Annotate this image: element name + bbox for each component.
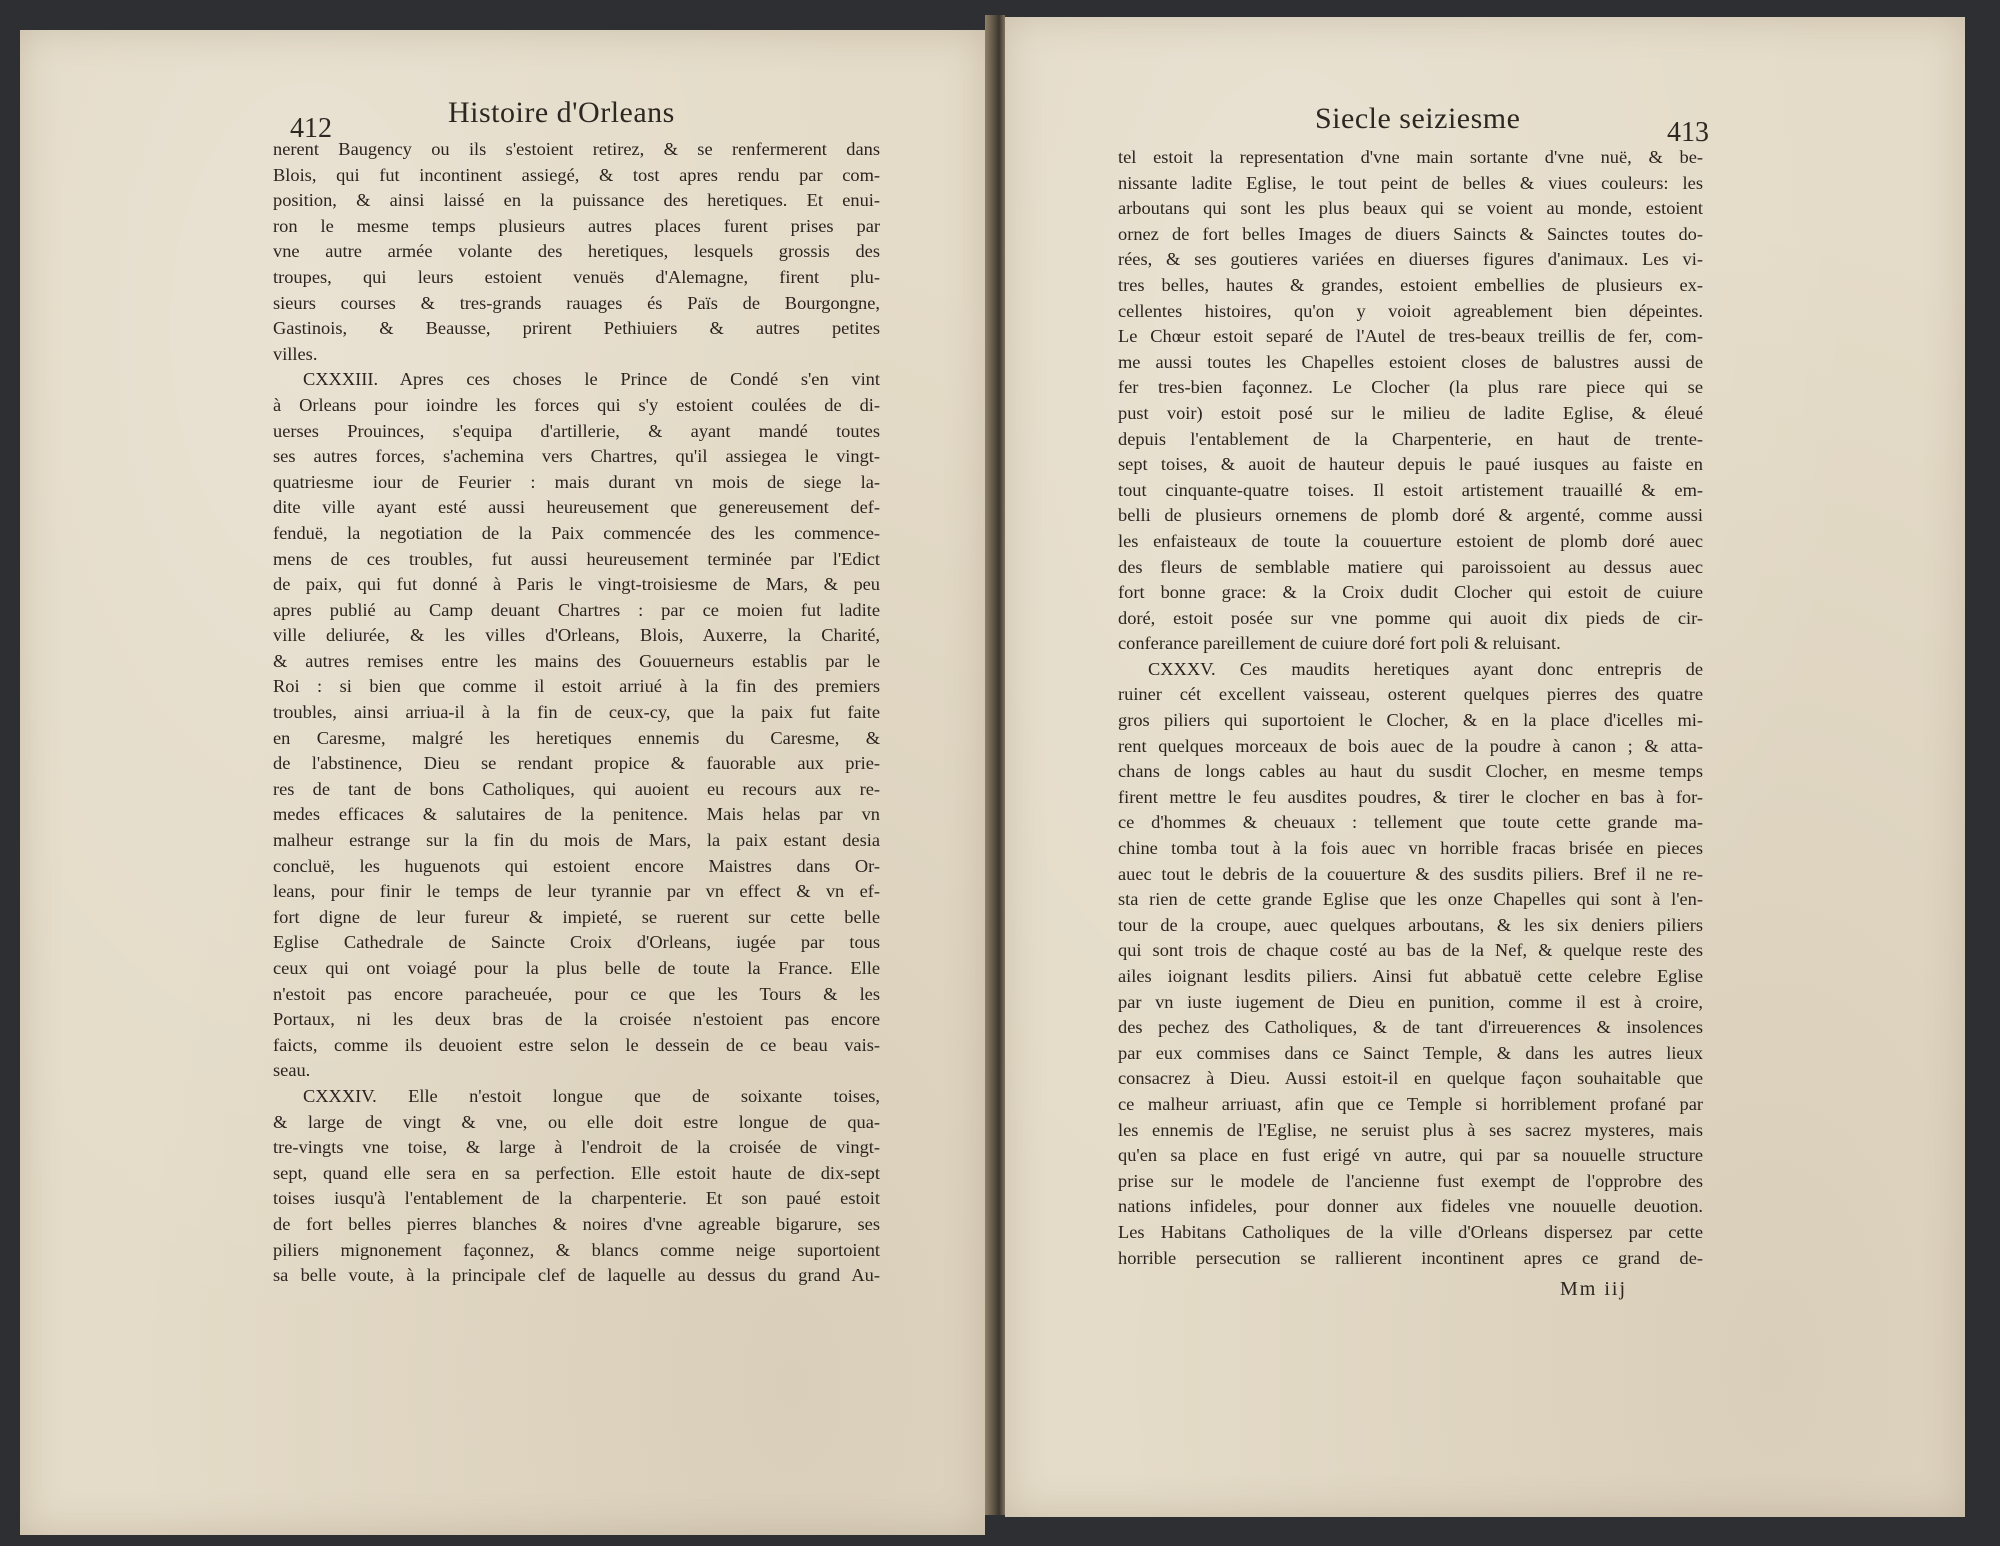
text-line: conferance pareillement de cuiure doré f… <box>1118 631 1703 657</box>
text-line: Blois, qui fut incontinent assiegé, & to… <box>273 163 880 189</box>
text-line: en Caresme, malgré les heretiques ennemi… <box>273 726 880 752</box>
text-line: cellentes histoires, qu'on y voioit agre… <box>1118 299 1703 325</box>
text-line: toises iusqu'à l'entablement de la charp… <box>273 1186 880 1212</box>
text-line: ce malheur arriuast, afin que ce Temple … <box>1118 1092 1703 1118</box>
text-line: sept, quand elle sera en sa perfection. … <box>273 1161 880 1187</box>
text-line: tour de la croupe, auec quelques arbouta… <box>1118 913 1703 939</box>
text-line: ville deliurée, & les villes d'Orleans, … <box>273 623 880 649</box>
text-line: ornez de fort belles Images de diuers Sa… <box>1118 222 1703 248</box>
text-line: Gastinois, & Beausse, prirent Pethiuiers… <box>273 316 880 342</box>
text-line: des pechez des Catholiques, & de tant d'… <box>1118 1015 1703 1041</box>
text-line: pust voir) estoit posé sur le milieu de … <box>1118 401 1703 427</box>
text-line: de fort belles pierres blanches & noires… <box>273 1212 880 1238</box>
text-line: quatriesme iour de Feurier : mais durant… <box>273 470 880 496</box>
text-line: medes efficaces & salutaires de la penit… <box>273 802 880 828</box>
text-line: chine tomba tout à la fois auec vn horri… <box>1118 836 1703 862</box>
text-line: qu'en sa place en fust erigé vn autre, q… <box>1118 1143 1703 1169</box>
text-line: les ennemis de l'Eglise, ne seruist plus… <box>1118 1118 1703 1144</box>
text-line: tel estoit la representation d'vne main … <box>1118 145 1703 171</box>
text-line: sept toises, & auoit de hauteur depuis l… <box>1118 452 1703 478</box>
text-line: villes. <box>273 342 880 368</box>
text-line: depuis l'entablement de la Charpenterie,… <box>1118 427 1703 453</box>
text-line: Portaux, ni les deux bras de la croisée … <box>273 1007 880 1033</box>
left-running-head: Histoire d'Orleans <box>448 96 675 130</box>
text-line: sieurs courses & tres-grands rauages és … <box>273 291 880 317</box>
text-line: nations infideles, pour donner aux fidel… <box>1118 1194 1703 1220</box>
text-line: à Orleans pour ioindre les forces qui s'… <box>273 393 880 419</box>
text-line: apres publié au Camp deuant Chartres : p… <box>273 598 880 624</box>
text-line: vne autre armée volante des heretiques, … <box>273 239 880 265</box>
text-line: auec tout le debris de la couuerture & d… <box>1118 862 1703 888</box>
text-line: uerses Prouinces, s'equipa d'artillerie,… <box>273 419 880 445</box>
text-line: horrible persecution se rallierent incon… <box>1118 1246 1703 1272</box>
text-line: leans, pour finir le temps de leur tyran… <box>273 879 880 905</box>
text-line: ruiner cét excellent vaisseau, osterent … <box>1118 682 1703 708</box>
text-line: les enfaisteaux de toute la couuerture e… <box>1118 529 1703 555</box>
text-line: & large de vingt & vne, ou elle doit est… <box>273 1110 880 1136</box>
text-line: des fleurs de semblable matiere qui paro… <box>1118 555 1703 581</box>
text-line: Eglise Cathedrale de Saincte Croix d'Orl… <box>273 930 880 956</box>
text-line: sta rien de cette grande Eglise que les … <box>1118 887 1703 913</box>
text-line: de paix, qui fut donné à Paris le vingt-… <box>273 572 880 598</box>
text-line: qui sont trois de chaque costé au bas de… <box>1118 938 1703 964</box>
text-line: rées, & ses goutieres variées en diuerse… <box>1118 247 1703 273</box>
text-line: tres belles, hautes & grandes, estoient … <box>1118 273 1703 299</box>
text-line: faicts, comme ils deuoient estre selon l… <box>273 1033 880 1059</box>
text-line: troupes, qui leurs estoient venuës d'Ale… <box>273 265 880 291</box>
text-line: sa belle voute, à la principale clef de … <box>273 1263 880 1289</box>
text-line: troubles, ainsi arriua-il à la fin de ce… <box>273 700 880 726</box>
text-line: rent quelques morceaux de bois auec de l… <box>1118 734 1703 760</box>
text-line: ceux qui ont voiagé pour la plus belle d… <box>273 956 880 982</box>
text-line: seau. <box>273 1058 880 1084</box>
text-line: piliers mignonement façonnez, & blancs c… <box>273 1238 880 1264</box>
left-page-body: nerent Baugency ou ils s'estoient retire… <box>273 137 880 1289</box>
text-line: dite ville ayant esté aussi heureusement… <box>273 495 880 521</box>
text-line: res de tant de bons Catholiques, qui auo… <box>273 777 880 803</box>
text-line: arboutans qui sont les plus beaux qui se… <box>1118 196 1703 222</box>
section-start-cxxxiv: CXXXIV. Elle n'estoit longue que de soix… <box>273 1084 880 1110</box>
text-line: par vn iuste iugement de Dieu en punitio… <box>1118 990 1703 1016</box>
text-line: position, & ainsi laissé en la puissance… <box>273 188 880 214</box>
text-line: prise sur le modele de l'ancienne fust e… <box>1118 1169 1703 1195</box>
text-line: Le Chœur estoit separé de l'Autel de tre… <box>1118 324 1703 350</box>
text-line: me aussi toutes les Chapelles estoient c… <box>1118 350 1703 376</box>
text-line: consacrez à Dieu. Aussi estoit-il en que… <box>1118 1066 1703 1092</box>
section-start-cxxxiii: CXXXIII. Apres ces choses le Prince de C… <box>273 367 880 393</box>
text-line: firent mettre le feu ausdites poudres, &… <box>1118 785 1703 811</box>
text-line: fenduë, la negotiation de la Paix commen… <box>273 521 880 547</box>
text-line: chans de longs cables au haut du susdit … <box>1118 759 1703 785</box>
text-line: par eux commises dans ce Sainct Temple, … <box>1118 1041 1703 1067</box>
right-running-head: Siecle seiziesme <box>1315 102 1520 136</box>
text-line: Les Habitans Catholiques de la ville d'O… <box>1118 1220 1703 1246</box>
book-spine-gutter <box>985 15 1005 1515</box>
section-start-cxxxv: CXXXV. Ces maudits heretiques ayant donc… <box>1118 657 1703 683</box>
signature-mark: Mm iij <box>1560 1278 1627 1301</box>
right-page-body: tel estoit la representation d'vne main … <box>1118 145 1703 1271</box>
text-line: ses autres forces, s'achemina vers Chart… <box>273 444 880 470</box>
text-line: tre-vingts vne toise, & large à l'endroi… <box>273 1135 880 1161</box>
text-line: doré, estoit posée sur vne pomme qui auo… <box>1118 606 1703 632</box>
text-line: ce d'hommes & cheuaux : tellement que to… <box>1118 810 1703 836</box>
text-line: malheur estrange sur la fin du mois de M… <box>273 828 880 854</box>
text-line: nerent Baugency ou ils s'estoient retire… <box>273 137 880 163</box>
text-line: belli de plusieurs ornemens de plomb dor… <box>1118 503 1703 529</box>
text-line: n'estoit pas encore paracheuée, pour ce … <box>273 982 880 1008</box>
text-line: de l'abstinence, Dieu se rendant propice… <box>273 751 880 777</box>
text-line: & autres remises entre les mains des Gou… <box>273 649 880 675</box>
text-line: tout cinquante-quatre toises. Il estoit … <box>1118 478 1703 504</box>
text-line: nissante ladite Eglise, le tout peint de… <box>1118 171 1703 197</box>
text-line: gros piliers qui suportoient le Clocher,… <box>1118 708 1703 734</box>
text-line: ailes ioignant lesdits piliers. Ainsi fu… <box>1118 964 1703 990</box>
text-line: Roi : si bien que comme il estoit arriué… <box>273 674 880 700</box>
text-line: mens de ces troubles, fut aussi heureuse… <box>273 547 880 573</box>
text-line: fort bonne grace: & la Croix dudit Cloch… <box>1118 580 1703 606</box>
text-line: fer tres-bien façonnez. Le Clocher (la p… <box>1118 375 1703 401</box>
text-line: fort digne de leur fureur & impieté, se … <box>273 905 880 931</box>
text-line: concluë, les huguenots qui estoient enco… <box>273 854 880 880</box>
text-line: ron le mesme temps plusieurs autres plac… <box>273 214 880 240</box>
